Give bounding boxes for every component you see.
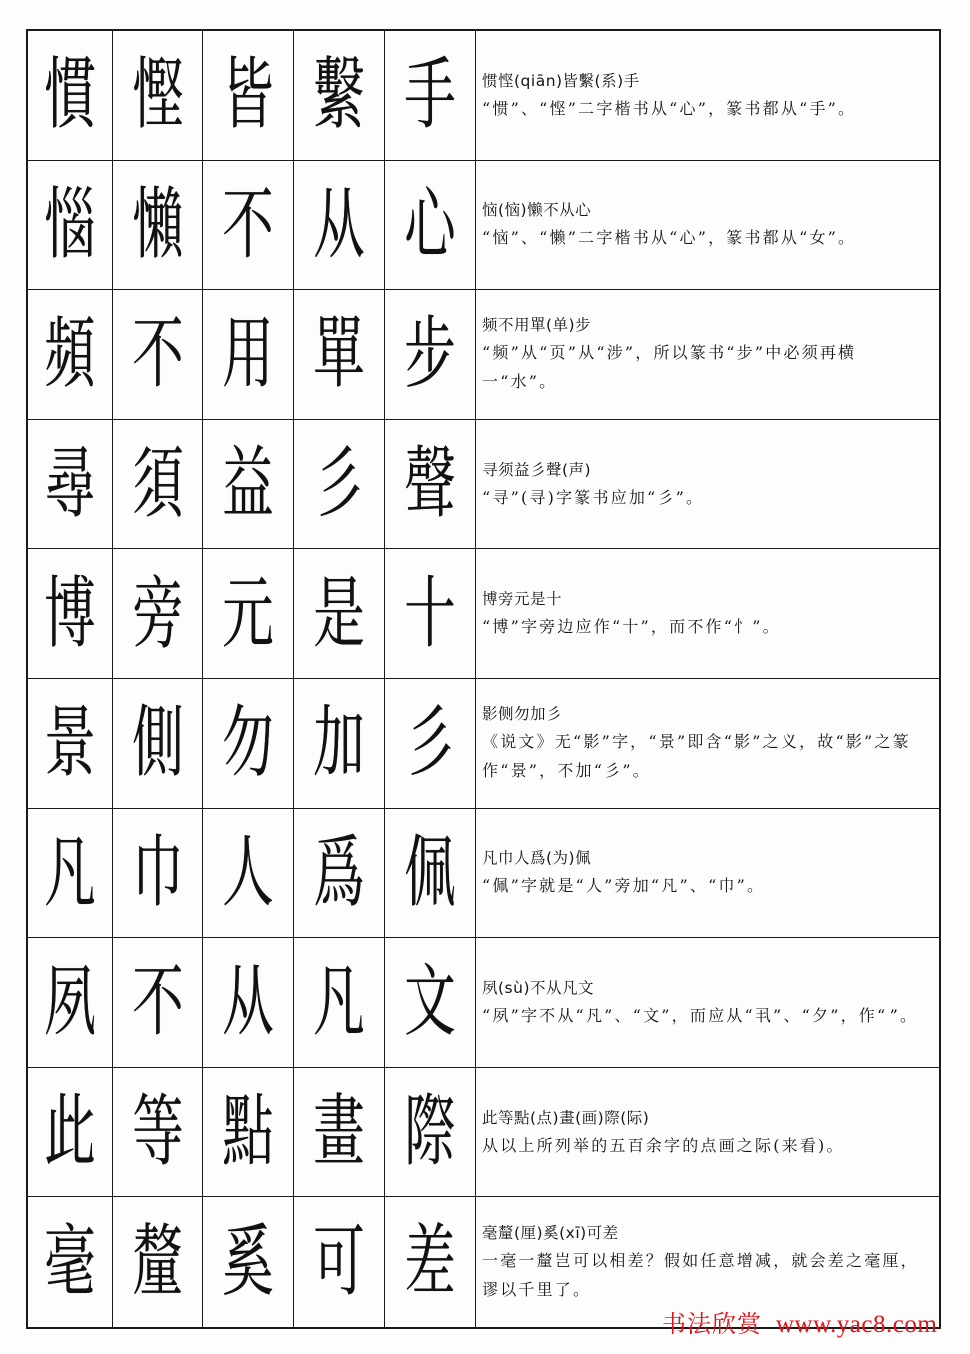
- explanation-cell: 博旁元是十 “博”字旁边应作“十”，而不作“忄”。: [476, 549, 939, 679]
- seal-char-cell: 人: [203, 809, 294, 939]
- explanation-cell: 夙(sù)不从凡文 “夙”字不从“凡”、“文”，而应从“丮”、“夕”，作“𠨎”。: [476, 938, 939, 1068]
- seal-char-cell: 步: [385, 290, 476, 420]
- verse-explanation: 一毫一釐岂可以相差？假如任意增减，就会差之毫厘，谬以千里了。: [482, 1246, 931, 1304]
- verse-title: 博旁元是十: [482, 586, 931, 612]
- seal-char: 不: [222, 186, 273, 264]
- seal-char: 奚: [222, 1223, 273, 1301]
- seal-char: 勿: [222, 704, 273, 782]
- verse-title: 恼(恼)懒不从心: [482, 197, 931, 223]
- seal-char: 差: [404, 1223, 455, 1301]
- seal-char-cell: 際: [385, 1068, 476, 1198]
- seal-char: 心: [404, 186, 455, 264]
- seal-char-cell: 點: [203, 1068, 294, 1198]
- seal-char: 等: [132, 1093, 183, 1171]
- seal-char: 點: [222, 1093, 273, 1171]
- seal-char-cell: 不: [203, 161, 294, 291]
- seal-char-cell: 須: [113, 420, 203, 550]
- seal-char: 側: [132, 704, 183, 782]
- seal-char-cell: 畫: [294, 1068, 385, 1198]
- seal-char: 益: [222, 445, 273, 523]
- seal-char-cell: 夙: [28, 938, 113, 1068]
- seal-char: 加: [313, 704, 364, 782]
- seal-char: 文: [404, 964, 455, 1042]
- verse-explanation: “佩”字就是“人”旁加“凡”、“巾”。: [482, 871, 931, 900]
- seal-char-cell: 差: [385, 1197, 476, 1327]
- seal-char-cell: 从: [294, 161, 385, 291]
- watermark-chinese: 书法欣赏: [662, 1310, 762, 1338]
- verse-explanation: “频”从“页”从“涉”，所以篆书“步”中必须再横一“水”。: [482, 338, 931, 396]
- seal-char-cell: 爲: [294, 809, 385, 939]
- seal-char-cell: 巾: [113, 809, 203, 939]
- seal-char-cell: 手: [385, 31, 476, 161]
- seal-char-cell: 彡: [385, 679, 476, 809]
- seal-char-cell: 博: [28, 549, 113, 679]
- seal-char: 旁: [132, 575, 183, 653]
- seal-char: 凡: [44, 834, 95, 912]
- seal-char-cell: 文: [385, 938, 476, 1068]
- seal-char: 从: [313, 186, 364, 264]
- verse-title: 惯悭(qiān)皆繫(系)手: [482, 68, 931, 94]
- seal-char: 慳: [132, 56, 183, 134]
- verse-explanation: “寻”(寻)字篆书应加“彡”。: [482, 483, 931, 512]
- verse-explanation: “博”字旁边应作“十”，而不作“忄”。: [482, 612, 931, 641]
- explanation-cell: 凡巾人爲(为)佩 “佩”字就是“人”旁加“凡”、“巾”。: [476, 809, 939, 939]
- seal-char-cell: 慳: [113, 31, 203, 161]
- seal-char-cell: 是: [294, 549, 385, 679]
- seal-char: 不: [132, 316, 183, 394]
- document-page: 慣 慳 皆 繫 手 惯悭(qiān)皆繫(系)手 “惯”、“悭”二字楷书从“心”…: [0, 0, 970, 1354]
- seal-char-cell: 惱: [28, 161, 113, 291]
- verse-title: 夙(sù)不从凡文: [482, 975, 931, 1001]
- explanation-cell: 惯悭(qiān)皆繫(系)手 “惯”、“悭”二字楷书从“心”，篆书都从“手”。: [476, 31, 939, 161]
- explanation-cell: 影侧勿加彡 《说文》无“影”字，“景”即含“影”之义，故“影”之篆作“景”，不加…: [476, 679, 939, 809]
- seal-char: 爲: [313, 834, 364, 912]
- seal-char: 步: [404, 316, 455, 394]
- seal-char-cell: 聲: [385, 420, 476, 550]
- seal-char-cell: 十: [385, 549, 476, 679]
- seal-char-cell: 从: [203, 938, 294, 1068]
- seal-char-cell: 凡: [28, 809, 113, 939]
- verse-explanation: “惯”、“悭”二字楷书从“心”，篆书都从“手”。: [482, 94, 931, 123]
- seal-char-cell: 側: [113, 679, 203, 809]
- seal-char-cell: 釐: [113, 1197, 203, 1327]
- verse-title: 影侧勿加彡: [482, 701, 931, 727]
- seal-char: 巾: [132, 834, 183, 912]
- explanation-cell: 毫釐(厘)奚(xī)可差 一毫一釐岂可以相差？假如任意增减，就会差之毫厘，谬以千…: [476, 1197, 939, 1327]
- seal-char-cell: 頻: [28, 290, 113, 420]
- verse-title: 频不用單(单)步: [482, 312, 931, 338]
- seal-char-cell: 懶: [113, 161, 203, 291]
- seal-char: 惱: [44, 186, 95, 264]
- seal-char: 彡: [313, 445, 364, 523]
- verse-title: 寻须益彡聲(声): [482, 457, 931, 483]
- seal-char-cell: 等: [113, 1068, 203, 1198]
- seal-char: 手: [404, 56, 455, 134]
- seal-char: 毫: [44, 1223, 95, 1301]
- explanation-cell: 频不用單(单)步 “频”从“页”从“涉”，所以篆书“步”中必须再横一“水”。: [476, 290, 939, 420]
- site-watermark: 书法欣赏www.yac8.com: [662, 1312, 937, 1337]
- seal-char-cell: 不: [113, 938, 203, 1068]
- seal-char: 彡: [404, 704, 455, 782]
- seal-char-cell: 單: [294, 290, 385, 420]
- seal-char-cell: 不: [113, 290, 203, 420]
- seal-char: 慣: [44, 56, 95, 134]
- seal-char: 繫: [313, 56, 364, 134]
- seal-char: 人: [222, 834, 273, 912]
- seal-char: 單: [313, 316, 364, 394]
- seal-char: 从: [222, 964, 273, 1042]
- seal-char: 夙: [44, 964, 95, 1042]
- explanation-cell: 寻须益彡聲(声) “寻”(寻)字篆书应加“彡”。: [476, 420, 939, 550]
- seal-char: 畫: [313, 1093, 364, 1171]
- explanation-cell: 恼(恼)懒不从心 “恼”、“懒”二字楷书从“心”，篆书都从“女”。: [476, 161, 939, 291]
- verse-explanation: 从以上所列举的五百余字的点画之际(来看)。: [482, 1131, 931, 1160]
- seal-char-cell: 彡: [294, 420, 385, 550]
- seal-char-cell: 皆: [203, 31, 294, 161]
- seal-char-cell: 旁: [113, 549, 203, 679]
- seal-char: 是: [313, 575, 364, 653]
- seal-char: 尋: [44, 445, 95, 523]
- watermark-url: www.yac8.com: [776, 1311, 937, 1338]
- seal-char: 聲: [404, 445, 455, 523]
- seal-char-cell: 毫: [28, 1197, 113, 1327]
- seal-char: 博: [44, 575, 95, 653]
- seal-char: 釐: [132, 1223, 183, 1301]
- seal-char: 皆: [222, 56, 273, 134]
- seal-char: 十: [404, 575, 455, 653]
- seal-char-cell: 勿: [203, 679, 294, 809]
- seal-char-cell: 佩: [385, 809, 476, 939]
- verse-explanation: 《说文》无“影”字，“景”即含“影”之义，故“影”之篆作“景”，不加“彡”。: [482, 727, 931, 785]
- seal-char-cell: 此: [28, 1068, 113, 1198]
- seal-char: 不: [132, 964, 183, 1042]
- seal-char-cell: 可: [294, 1197, 385, 1327]
- seal-script-table: 慣 慳 皆 繫 手 惯悭(qiān)皆繫(系)手 “惯”、“悭”二字楷书从“心”…: [26, 29, 941, 1329]
- seal-char-cell: 元: [203, 549, 294, 679]
- seal-char: 景: [44, 704, 95, 782]
- explanation-cell: 此等點(点)畫(画)際(际) 从以上所列举的五百余字的点画之际(来看)。: [476, 1068, 939, 1198]
- verse-title: 毫釐(厘)奚(xī)可差: [482, 1220, 931, 1246]
- verse-explanation: “恼”、“懒”二字楷书从“心”，篆书都从“女”。: [482, 223, 931, 252]
- seal-char: 際: [404, 1093, 455, 1171]
- seal-char-cell: 加: [294, 679, 385, 809]
- seal-char: 可: [313, 1223, 364, 1301]
- seal-char: 頻: [44, 316, 95, 394]
- seal-char-cell: 奚: [203, 1197, 294, 1327]
- seal-char: 佩: [404, 834, 455, 912]
- seal-char-cell: 凡: [294, 938, 385, 1068]
- seal-char: 懶: [132, 186, 183, 264]
- seal-char: 須: [132, 445, 183, 523]
- seal-char-cell: 景: [28, 679, 113, 809]
- seal-char-cell: 心: [385, 161, 476, 291]
- seal-char: 元: [222, 575, 273, 653]
- verse-title: 凡巾人爲(为)佩: [482, 845, 931, 871]
- seal-char: 此: [44, 1093, 95, 1171]
- seal-char-cell: 益: [203, 420, 294, 550]
- verse-explanation: “夙”字不从“凡”、“文”，而应从“丮”、“夕”，作“𠨎”。: [482, 1001, 931, 1030]
- seal-char-cell: 尋: [28, 420, 113, 550]
- seal-char-cell: 慣: [28, 31, 113, 161]
- seal-char-cell: 用: [203, 290, 294, 420]
- seal-char-cell: 繫: [294, 31, 385, 161]
- seal-char: 用: [222, 316, 273, 394]
- verse-title: 此等點(点)畫(画)際(际): [482, 1105, 931, 1131]
- seal-char: 凡: [313, 964, 364, 1042]
